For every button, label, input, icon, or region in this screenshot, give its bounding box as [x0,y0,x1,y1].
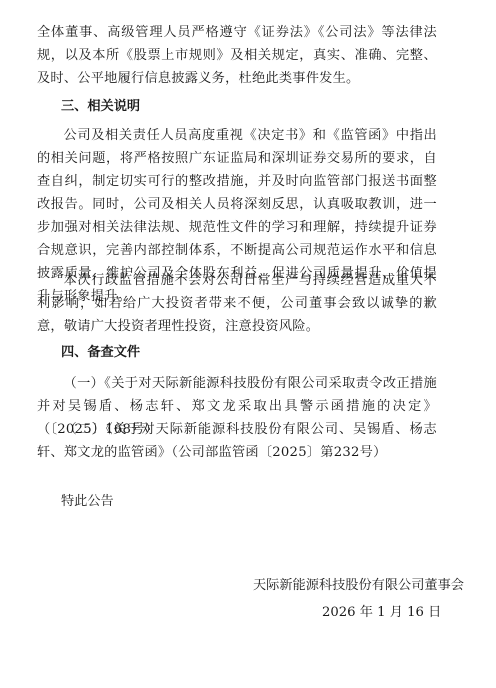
section-heading-related-notes: 三、相关说明 [37,95,437,118]
signature-date: 2026 年 1 月 16 日 [322,601,441,624]
closing-statement: 特此公告 [37,490,114,513]
section3-paragraph-2: 本次行政监管措施不会对公司日常生产与持续经营造成重大不利影响，如若给广大投资者带… [37,269,437,338]
intro-paragraph: 全体董事、高级管理人员严格遵守《证券法》《公司法》等法律法规，以及本所《股票上市… [37,21,437,90]
section-heading-reference-documents: 四、备查文件 [37,341,437,364]
reference-document-item: （二）《关于对天际新能源科技股份有限公司、吴锡盾、杨志轩、郑文龙的监管函》（公司… [37,418,437,464]
signature-company: 天际新能源科技股份有限公司董事会 [253,574,464,597]
